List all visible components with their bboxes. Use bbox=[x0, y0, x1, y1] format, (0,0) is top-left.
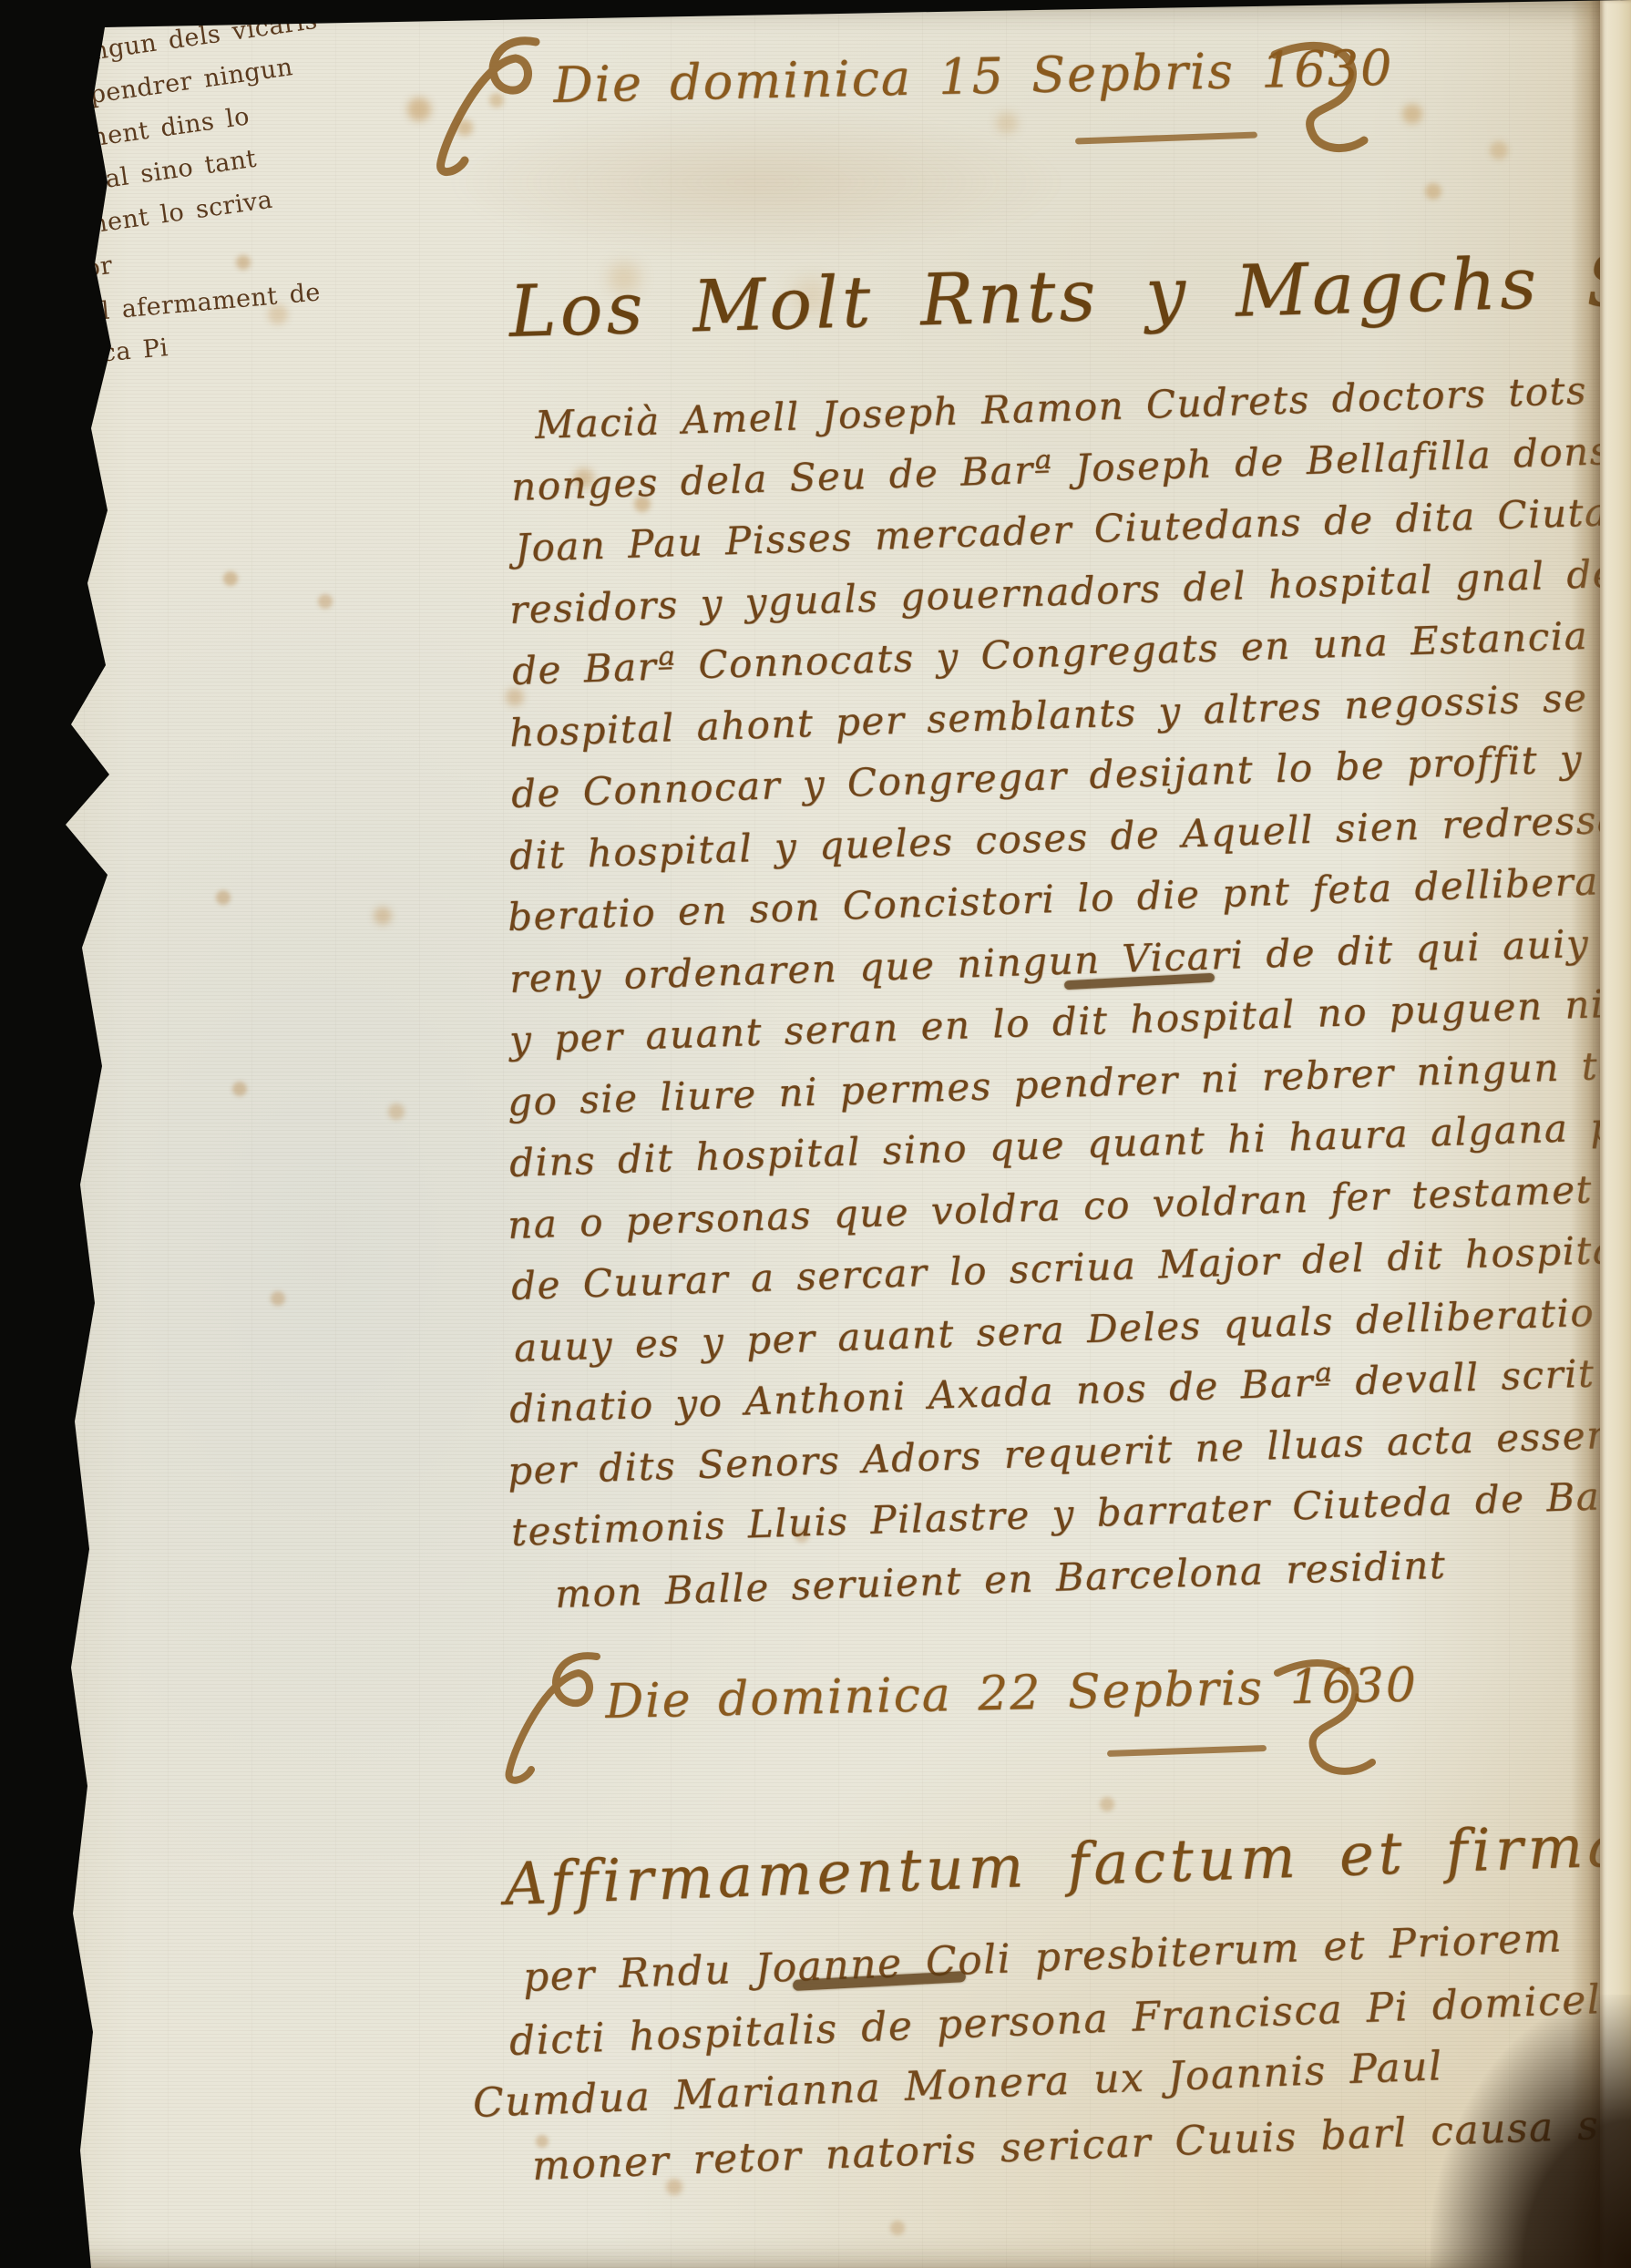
second-date-line: Die dominica 22 Sepbris 1630 bbox=[605, 1657, 1419, 1729]
affirmation-heading-line: Affirmamentum factum et firmatum bbox=[503, 1808, 1631, 1919]
foxing-stains bbox=[0, 0, 9, 9]
manuscript-line: mon Balle seruient en Barcelona residint bbox=[554, 1543, 1447, 1616]
manuscript-photo: Die dominica 15 Sepbris 1630 Hospital de… bbox=[0, 0, 1631, 2268]
manuscript-page: Die dominica 15 Sepbris 1630 Hospital de… bbox=[0, 0, 1631, 2268]
date-underline-stroke bbox=[1107, 1745, 1267, 1757]
